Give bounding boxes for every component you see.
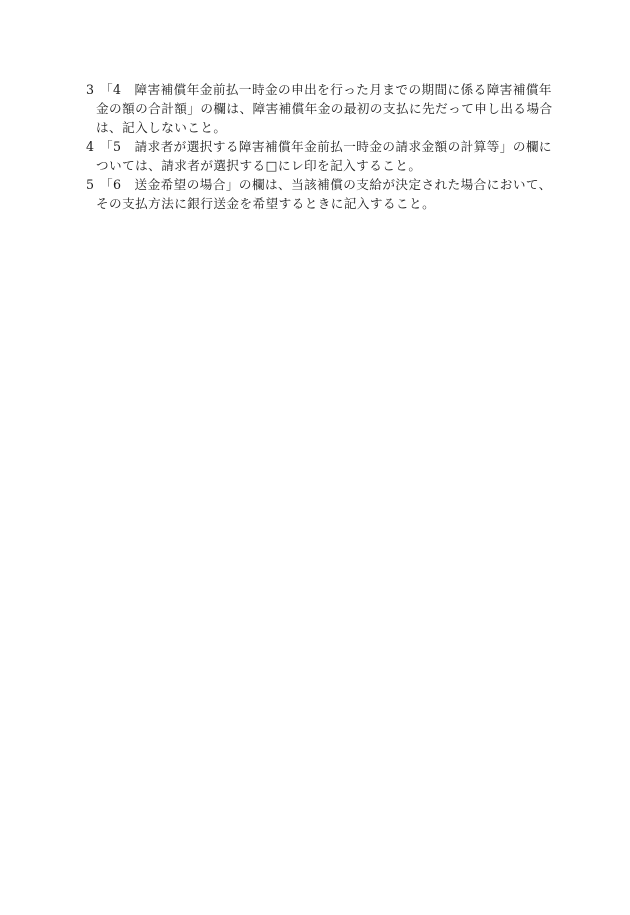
item-number: 5 — [86, 175, 100, 194]
item-text: 「6 送金希望の場合」の欄は、当該補償の支給が決定された場合において、その支払方… — [96, 177, 552, 211]
note-item-5: 5「6 送金希望の場合」の欄は、当該補償の支給が決定された場合において、その支払… — [86, 175, 556, 213]
item-number: 4 — [86, 137, 100, 156]
note-item-4: 4「5 請求者が選択する障害補償年金前払一時金の請求金額の計算等」の欄については… — [86, 137, 556, 175]
item-text: 「4 障害補償年金前払一時金の申出を行った月までの期間に係る障害補償年金の額の合… — [96, 82, 553, 135]
item-number: 3 — [86, 80, 100, 99]
item-text: 「5 請求者が選択する障害補償年金前払一時金の請求金額の計算等」の欄については、… — [96, 139, 552, 173]
note-item-3: 3「4 障害補償年金前払一時金の申出を行った月までの期間に係る障害補償年金の額の… — [86, 80, 556, 137]
document-page: 3「4 障害補償年金前払一時金の申出を行った月までの期間に係る障害補償年金の額の… — [86, 80, 556, 213]
